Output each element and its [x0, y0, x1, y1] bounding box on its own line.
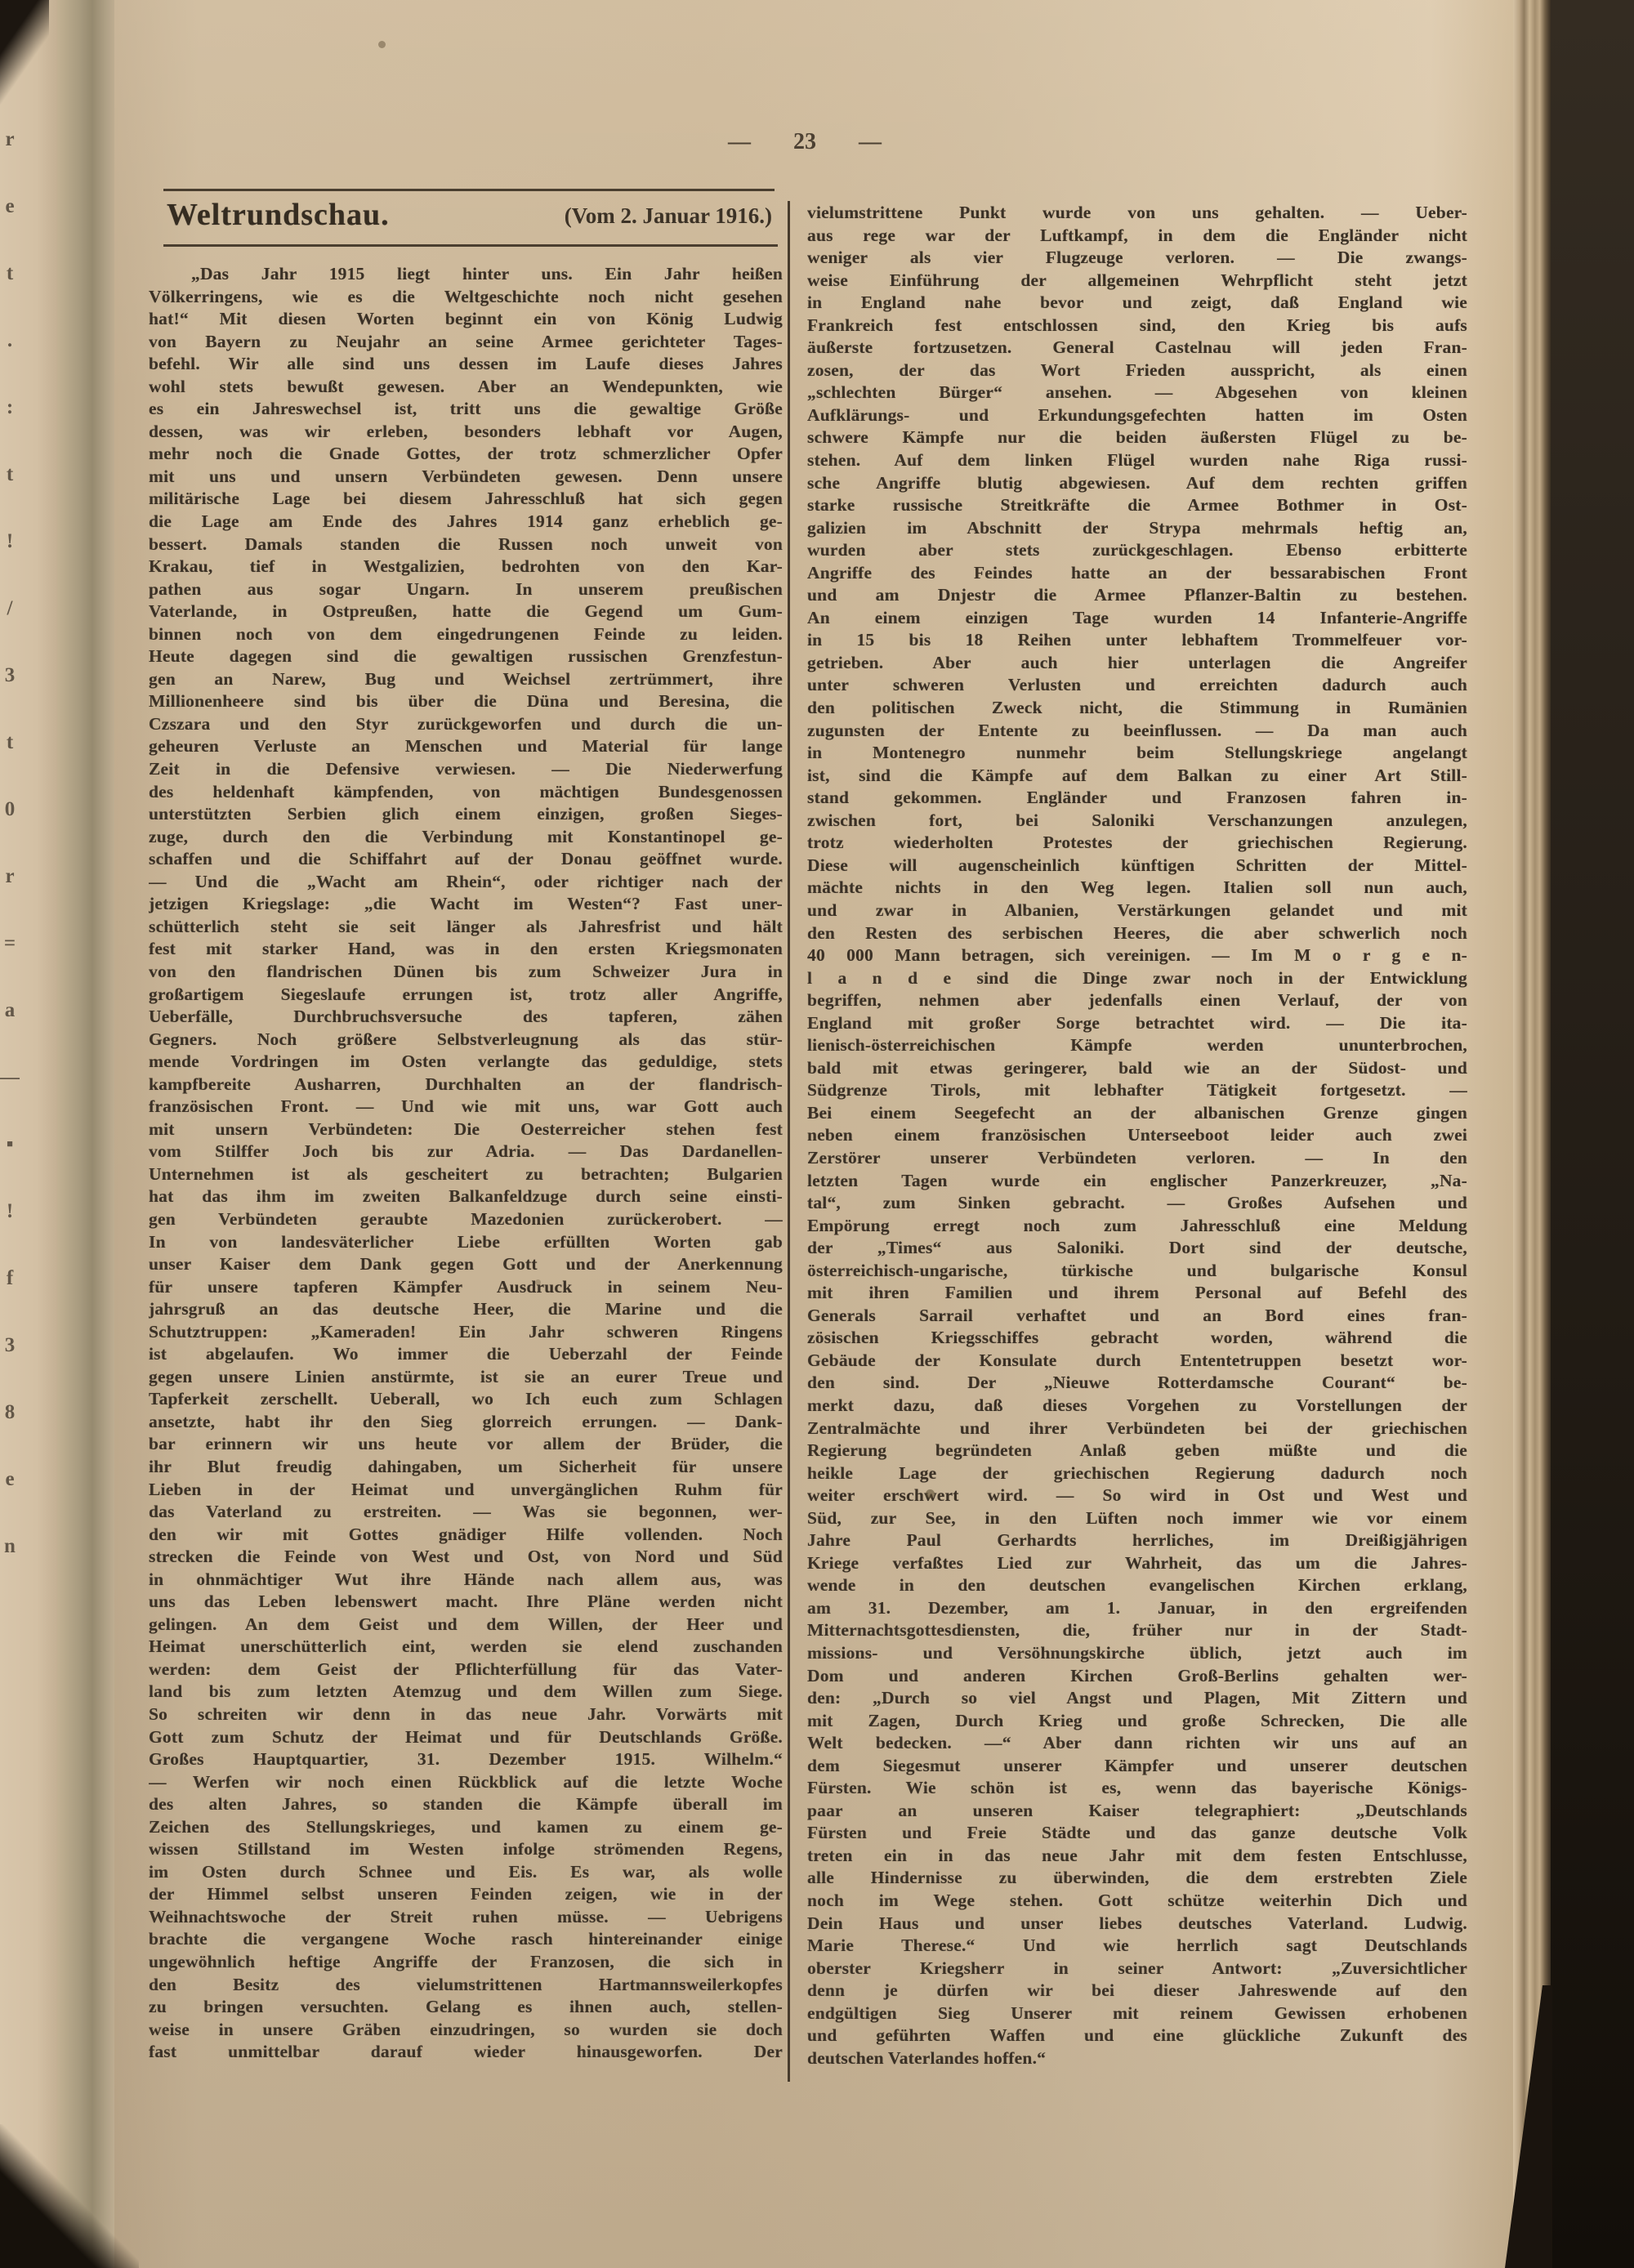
text-line: zu bringen versuchten. Gelang es ihnen a…	[149, 1996, 783, 2019]
text-line: bar erinnern wir uns heute vor allem der…	[149, 1433, 783, 1456]
text-line: Krakau, tief in Westgalizien, bedrohten …	[149, 556, 783, 578]
text-line: missions- und Versöhnungskirche üblich, …	[807, 1642, 1467, 1665]
text-line: In von landesväterlicher Liebe erfüllten…	[149, 1231, 783, 1254]
text-line: tal“, zum Sinken gebracht. — Großes Aufs…	[807, 1192, 1467, 1215]
text-line: letzten Tagen wurde ein englischer Panze…	[807, 1170, 1467, 1193]
text-line: Fürsten. Wie schön ist es, wenn das baye…	[807, 1777, 1467, 1800]
text-line: weiter erschwert wird. — So wird in Ost …	[807, 1484, 1467, 1507]
text-line: Mitternachtsgottesdiensten, die, früher …	[807, 1619, 1467, 1642]
page-number-value: 23	[793, 129, 816, 155]
corner-shadow-top-left	[0, 0, 49, 123]
text-line: jetzigen Kriegslage: „die Wacht im Weste…	[149, 893, 783, 916]
text-line: weise Einführung der allgemeinen Wehrpfl…	[807, 270, 1467, 292]
text-line: Fürsten und Freie Städte und das ganze d…	[807, 1822, 1467, 1845]
text-line: galizien im Abschnitt der Strypa mehrmal…	[807, 517, 1467, 540]
text-line: der Himmel selbst unseren Feinden zeigen…	[149, 1883, 783, 1906]
text-line: n	[0, 1513, 20, 1580]
text-line: pathen aus sogar Ungarn. In unserem preu…	[149, 578, 783, 601]
text-line: Millionenheere sind bis über die Düna un…	[149, 690, 783, 713]
text-line: 3	[0, 1312, 20, 1379]
text-line: unser Kaiser dem Dank gegen Gott und der…	[149, 1253, 783, 1276]
text-line: weniger als vier Flugzeuge verloren. — D…	[807, 247, 1467, 270]
text-line: ungewöhnlich heftige Angriffe der Franzo…	[149, 1951, 783, 1974]
text-line: endgültigen Sieg Unserer mit reinem Gewi…	[807, 2002, 1467, 2025]
text-line: zosen, der das Wort Frieden ausspricht, …	[807, 359, 1467, 382]
text-line: lienisch-österreichischen Kämpfe werden …	[807, 1034, 1467, 1057]
text-line: /	[0, 575, 20, 642]
text-line: a	[0, 977, 20, 1044]
text-line: gen an Narew, Bug und Weichsel zertrümme…	[149, 668, 783, 691]
text-line: oberster Kriegsherr in seiner Antwort: „…	[807, 1958, 1467, 1980]
page-edge-stack	[1513, 0, 1552, 2268]
text-line: Diese will augenscheinlich künftigen Sch…	[807, 855, 1467, 877]
page-number-dash-left: —	[728, 129, 751, 155]
text-line: äußerste fortzusetzen. General Castelnau…	[807, 337, 1467, 359]
text-line: starke russische Streitkräfte die Armee …	[807, 494, 1467, 517]
text-line: brachte die vergangene Woche rasch hinte…	[149, 1928, 783, 1951]
text-line: Lieben in der Heimat und unvergänglichen…	[149, 1479, 783, 1502]
text-line: Völkerringens, wie es die Weltgeschichte…	[149, 286, 783, 309]
text-line: t	[0, 240, 20, 307]
text-line: fast unmittelbar darauf wieder hinausgew…	[149, 2041, 783, 2064]
text-line: es ein Jahreswechsel ist, tritt uns die …	[149, 398, 783, 421]
text-line: aus rege war der Luftkampf, in dem die E…	[807, 225, 1467, 248]
text-line: das Vaterland zu erstreiten. — Was sie b…	[149, 1501, 783, 1524]
text-line: Heimat unerschütterlich eint, werden sie…	[149, 1636, 783, 1659]
text-line: treten ein in das neue Jahr mit dem fest…	[807, 1845, 1467, 1868]
text-line: uns das Leben lebenswert macht. Ihre Plä…	[149, 1591, 783, 1614]
text-line: Süd, zur See, in den Lüften noch immer w…	[807, 1507, 1467, 1530]
text-line: Großes Hauptquartier, 31. Dezember 1915.…	[149, 1748, 783, 1771]
text-line: =	[0, 910, 20, 977]
text-line: paar an unseren Kaiser telegraphiert: „D…	[807, 1800, 1467, 1823]
text-line: Gott zum Schutz der Heimat und für Deuts…	[149, 1726, 783, 1749]
text-line: den wir mit Gottes gnädiger Hilfe vollen…	[149, 1524, 783, 1547]
text-line: schwere Kämpfe nur die beiden äußersten …	[807, 426, 1467, 449]
text-line: unterstützten Serbien glich einem einzig…	[149, 803, 783, 826]
text-line: weise in unsere Gräben einzudringen, so …	[149, 2019, 783, 2042]
text-line: zugunsten der Entente zu beeinflussen. —…	[807, 720, 1467, 743]
text-line: gegen unsere Linien anstürmte, ist sie a…	[149, 1366, 783, 1389]
text-line: Generals Sarrail verhaftet und an Bord e…	[807, 1305, 1467, 1328]
text-line: 0	[0, 776, 20, 843]
text-line: Heute dagegen sind die gewaltigen russis…	[149, 645, 783, 668]
text-line: An einem einzigen Tage wurden 14 Infante…	[807, 607, 1467, 630]
text-line: noch im Wege stehen. Gott schütze weiter…	[807, 1890, 1467, 1913]
text-line: 40 000 Mann betragen, sich vereinigen. —…	[807, 944, 1467, 967]
text-line: „Das Jahr 1915 liegt hinter uns. Ein Jah…	[149, 263, 783, 286]
text-line: zuge, durch den die Verbindung mit Konst…	[149, 826, 783, 849]
text-line: Empörung erregt noch zum Jahresschluß ei…	[807, 1215, 1467, 1238]
text-line: werden: dem Geist der Pflichterfüllung f…	[149, 1659, 783, 1681]
text-line: getrieben. Aber auch hier unterlagen die…	[807, 652, 1467, 675]
text-line: großartigem Siegeslaufe errungen ist, tr…	[149, 984, 783, 1007]
text-line: den Besitz des vielumstrittenen Hartmann…	[149, 1974, 783, 1997]
text-line: in England nahe bevor und zeigt, daß Eng…	[807, 292, 1467, 315]
book-binding	[1551, 0, 1634, 2268]
text-line: begriffen, nehmen aber jedenfalls einen …	[807, 989, 1467, 1012]
text-line: Frankreich fest entschlossen sind, den K…	[807, 315, 1467, 337]
text-line: Marie Therese.“ Und wie herrlich sagt De…	[807, 1935, 1467, 1958]
text-line: e	[0, 1446, 20, 1513]
text-line: bessert. Damals standen die Russen noch …	[149, 534, 783, 556]
text-line: hat!“ Mit diesen Worten beginnt ein von …	[149, 308, 783, 331]
text-line: Angriffe des Feindes hatte an der bessar…	[807, 562, 1467, 585]
text-line: dem Siegesmut unserer Kämpfer und unsere…	[807, 1755, 1467, 1778]
text-line: f	[0, 1245, 20, 1312]
text-line: Zerstörer unserer Verbündeten verloren. …	[807, 1147, 1467, 1170]
text-line: Bei einem Seegefecht an der albanischen …	[807, 1102, 1467, 1125]
text-line: Zeichen des Stellungskrieges, und kamen …	[149, 1816, 783, 1839]
ink-blemish	[926, 1489, 935, 1498]
text-line: e	[0, 173, 20, 240]
text-line: sche Angriffe blutig abgewiesen. Auf dem…	[807, 472, 1467, 495]
text-line: des heldenhaft kämpfenden, von mächtigen…	[149, 781, 783, 804]
text-line: — Werfen wir noch einen Rückblick auf di…	[149, 1771, 783, 1794]
text-line: ist abgelaufen. Wo immer die Ueberzahl d…	[149, 1343, 783, 1366]
text-line: Unternehmen ist als gescheitert zu betra…	[149, 1163, 783, 1186]
text-line: und zwar in Albanien, Verstärkungen gela…	[807, 900, 1467, 922]
text-line: vom Stilffer Joch bis zur Adria. — Das D…	[149, 1141, 783, 1163]
text-line: r	[0, 106, 20, 173]
margin-bleed-text: ret.:t!/3t0r=a—▪!f38en	[0, 106, 20, 1580]
text-line: Südgrenze Tirols, mit lebhafter Tätigkei…	[807, 1079, 1467, 1102]
text-line: Aufklärungs- und Erkundungsgefechten hat…	[807, 404, 1467, 427]
text-line: mehr noch die Gnade Gottes, der trotz sc…	[149, 443, 783, 466]
text-line: England mit großer Sorge betrachtet wird…	[807, 1012, 1467, 1035]
text-line: Jahre Paul Gerhardts herrliches, im Drei…	[807, 1529, 1467, 1552]
text-line: t	[0, 709, 20, 776]
text-line: befehl. Wir alle sind uns dessen im Lauf…	[149, 353, 783, 376]
text-line: am 31. Dezember, am 1. Januar, in den er…	[807, 1597, 1467, 1620]
text-line: Welt bedecken. —“ Aber dann richten wir …	[807, 1732, 1467, 1755]
text-line: den: „Durch so viel Angst und Plagen, Mi…	[807, 1687, 1467, 1710]
text-line: Dein Haus und unser liebes deutsches Vat…	[807, 1913, 1467, 1935]
text-line: bald mit etwas geringerer, bald wie an d…	[807, 1057, 1467, 1080]
text-line: alle Hindernisse zu überwinden, die dem …	[807, 1867, 1467, 1890]
text-line: den Resten des serbischen Heeres, die ab…	[807, 922, 1467, 945]
text-line: Kriege verfaßtes Lied zur Wahrheit, das …	[807, 1552, 1467, 1575]
text-line: Schutztruppen: „Kameraden! Ein Jahr schw…	[149, 1321, 783, 1344]
text-line: mit uns und unsern Verbündeten gewesen. …	[149, 466, 783, 489]
header-rule-bottom	[163, 244, 778, 247]
text-line: militärische Lage bei diesem Jahresschlu…	[149, 488, 783, 511]
text-line: in Montenegro nunmehr beim Stellungskrie…	[807, 742, 1467, 765]
corner-shadow-bottom-left	[0, 2124, 139, 2268]
text-line: ist, sind die Kämpfe auf dem Balkan zu e…	[807, 765, 1467, 788]
text-line: gelingen. An dem Geist und dem Willen, d…	[149, 1614, 783, 1636]
article-column-right: vielumstrittene Punkt wurde von uns geha…	[807, 202, 1467, 2069]
text-line: :	[0, 374, 20, 441]
text-line: land bis zum letzten Atemzug und dem Wil…	[149, 1681, 783, 1703]
text-line: und am Dnjestr die Armee Pflanzer-Baltin…	[807, 584, 1467, 607]
text-line: ▪	[0, 1111, 20, 1178]
text-line: und geführten Waffen und eine glückliche…	[807, 2025, 1467, 2047]
text-line: denn je dürfen wir bei dieser Jahreswend…	[807, 1980, 1467, 2002]
text-line: mit ihren Familien und ihrem Personal au…	[807, 1282, 1467, 1305]
text-line: des alten Jahres, so standen die Kämpfe …	[149, 1793, 783, 1816]
text-line: !	[0, 508, 20, 575]
text-line: — Und die „Wacht am Rhein“, oder richtig…	[149, 871, 783, 894]
text-line: für unsere tapferen Kämpfer Ausdruck in …	[149, 1276, 783, 1299]
section-title: Weltrundschau.	[167, 197, 390, 233]
text-line: 8	[0, 1379, 20, 1446]
text-line: den politischen Zweck nicht, die Stimmun…	[807, 697, 1467, 720]
text-line: von den flandrischen Dünen bis zum Schwe…	[149, 961, 783, 984]
page-gutter-shadow	[57, 0, 121, 2268]
text-line: Czszara und den Styr zurückgeworfen und …	[149, 713, 783, 736]
text-line: binnen noch von dem eingedrungenen Feind…	[149, 623, 783, 646]
text-line: mit Zagen, Durch Krieg und große Schreck…	[807, 1710, 1467, 1733]
text-line: wende in den deutschen evangelischen Kir…	[807, 1574, 1467, 1597]
article-column-left: „Das Jahr 1915 liegt hinter uns. Ein Jah…	[149, 263, 783, 2064]
page-number: — 23 —	[670, 129, 940, 155]
ink-blemish	[378, 41, 386, 48]
text-line: Ueberfälle, Durchbruchsversuche des tapf…	[149, 1006, 783, 1029]
text-line: wissen Stillstand im Westen infolge strö…	[149, 1838, 783, 1861]
text-line: deutschen Vaterlandes hoffen.“	[807, 2047, 1467, 2070]
text-line: .	[0, 307, 20, 374]
text-line: Gebäude der Konsulate durch Ententetrupp…	[807, 1350, 1467, 1373]
text-line: neben einem französischen Unterseeboot l…	[807, 1124, 1467, 1147]
text-line: zwischen fort, bei Saloniki Verschanzung…	[807, 810, 1467, 833]
text-line: heikle Lage der griechischen Regierung d…	[807, 1462, 1467, 1485]
text-line: hat das ihm im zweiten Balkanfeldzuge du…	[149, 1185, 783, 1208]
text-line: österreichisch-ungarische, türkische und…	[807, 1260, 1467, 1283]
text-line: trotz wiederholten Protestes der griechi…	[807, 832, 1467, 855]
text-line: französischen Front. — Und wie mit uns, …	[149, 1096, 783, 1118]
text-line: mende Vordringen im Osten verlangte das …	[149, 1051, 783, 1074]
text-line: 3	[0, 642, 20, 709]
text-line: dessen, was wir erleben, besonders lebha…	[149, 421, 783, 444]
text-line: Tapferkeit zerschellt. Ueberall, wo Ich …	[149, 1388, 783, 1411]
text-line: fest mit starker Hand, was in den ersten…	[149, 938, 783, 961]
text-line: in 15 bis 18 Reihen unter lebhaftem Trom…	[807, 629, 1467, 652]
text-line: Regierung begründeten Anlaß geben müßte …	[807, 1440, 1467, 1462]
text-line: l a n d e sind die Dinge zwar noch in de…	[807, 967, 1467, 990]
text-line: die Lage am Ende des Jahres 1914 ganz er…	[149, 511, 783, 534]
text-line: geheuren Verluste an Menschen und Materi…	[149, 735, 783, 758]
text-line: stehen. Auf dem linken Flügel wurden nah…	[807, 449, 1467, 472]
text-line: !	[0, 1178, 20, 1245]
text-line: schütterlich steht sie seit länger als J…	[149, 916, 783, 939]
text-line: wohl stets bewußt gewesen. Aber an Wende…	[149, 376, 783, 399]
text-line: von Bayern zu Neujahr an seine Armee ger…	[149, 331, 783, 354]
text-line: So schreiten wir denn in das neue Jahr. …	[149, 1703, 783, 1726]
ink-blemish	[535, 1279, 541, 1285]
text-line: mit unsern Verbündeten: Die Oesterreiche…	[149, 1118, 783, 1141]
text-line: der „Times“ aus Saloniki. Dort sind der …	[807, 1237, 1467, 1260]
text-line: merkt dazu, daß dieses Vorgehen zu Vorst…	[807, 1395, 1467, 1417]
text-line: zösischen Kriegsschiffes gebracht worden…	[807, 1327, 1467, 1350]
text-line: in ohnmächtiger Wut ihre Hände nach alle…	[149, 1569, 783, 1592]
text-line: Gegners. Noch größere Selbstverleugnung …	[149, 1029, 783, 1051]
text-line: schaffen und die Schiffahrt auf der Dona…	[149, 848, 783, 871]
text-line: im Osten durch Schnee und Eis. Es war, a…	[149, 1861, 783, 1884]
text-line: jahrsgruß an das deutsche Heer, die Mari…	[149, 1298, 783, 1321]
text-line: wurden aber stets zurückgeschlagen. Eben…	[807, 539, 1467, 562]
text-line: „schlechten Bürger“ ansehen. — Abgesehen…	[807, 382, 1467, 404]
text-line: den sind. Der „Nieuwe Rotterdamsche Cour…	[807, 1372, 1467, 1395]
text-line: mächte nichts in den Weg legen. Italien …	[807, 877, 1467, 900]
scanned-book-page: ret.:t!/3t0r=a—▪!f38en — 23 — Weltrundsc…	[0, 0, 1634, 2268]
text-line: Weihnachtswoche der Streit ruhen müsse. …	[149, 1906, 783, 1929]
text-line: Zentralmächte und ihrer Verbündeten bei …	[807, 1417, 1467, 1440]
text-line: ansetzte, habt ihr den Sieg glorreich er…	[149, 1411, 783, 1434]
text-line: gen Verbündeten geraubte Mazedonien zurü…	[149, 1208, 783, 1231]
text-line: unter schweren Verlusten und erreichten …	[807, 674, 1467, 697]
text-line: —	[0, 1044, 20, 1111]
header-rule-top	[163, 189, 775, 191]
text-line: ihr Blut freudig dahingaben, um Sicherhe…	[149, 1456, 783, 1479]
text-line: r	[0, 843, 20, 910]
text-line: t	[0, 441, 20, 508]
text-line: kampfbereite Ausharren, Durchhalten an d…	[149, 1074, 783, 1096]
text-line: Vaterlande, in Ostpreußen, hatte die Geg…	[149, 600, 783, 623]
text-line: vielumstrittene Punkt wurde von uns geha…	[807, 202, 1467, 225]
text-line: Dom und anderen Kirchen Groß-Berlins geh…	[807, 1665, 1467, 1688]
text-line: stand gekommen. Engländer und Franzosen …	[807, 787, 1467, 810]
text-line: strecken die Feinde von West und Ost, vo…	[149, 1546, 783, 1569]
text-line: Zeit in die Defensive verwiesen. — Die N…	[149, 758, 783, 781]
page-number-dash-right: —	[859, 129, 882, 155]
column-divider	[788, 201, 790, 2082]
section-date: (Vom 2. Januar 1916.)	[458, 203, 772, 229]
